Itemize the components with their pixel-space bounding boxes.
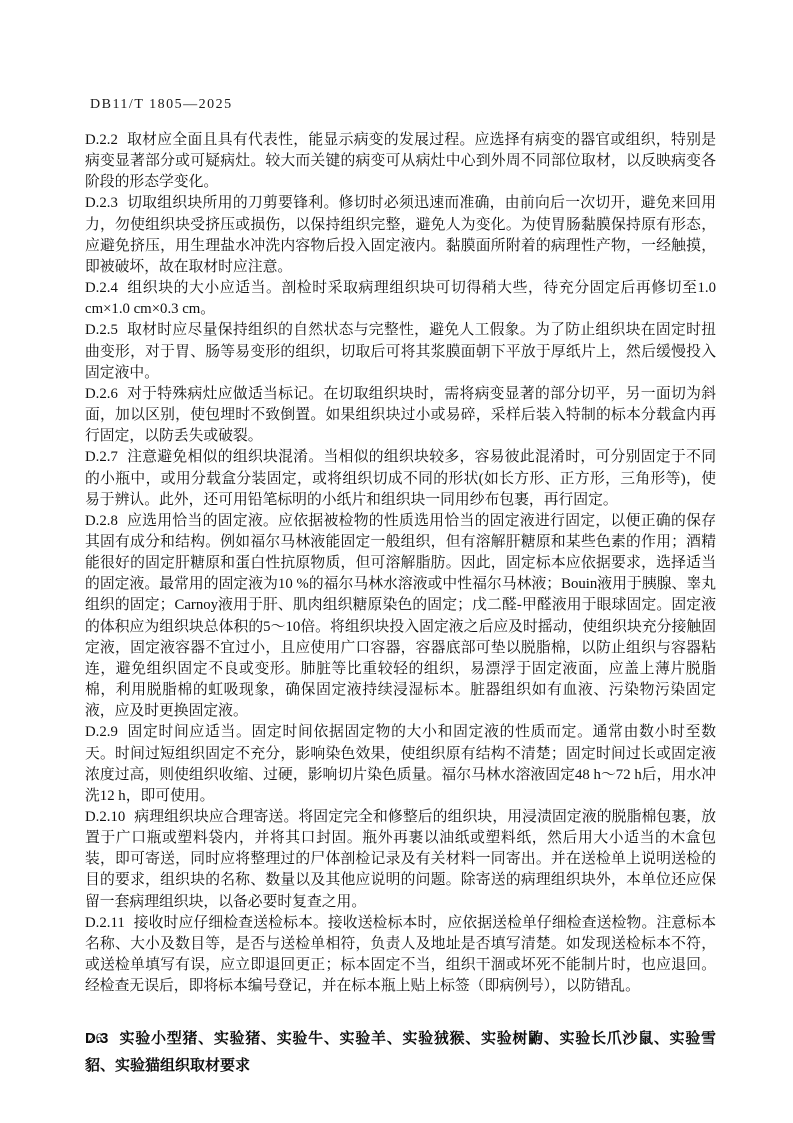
clause-number: D.2.7 bbox=[85, 449, 118, 465]
paragraph-d2-3: D.2.3切取组织块所用的刀剪要锋利。修切时必须迅速而准确，由前向后一次切开，避… bbox=[85, 193, 716, 278]
clause-text: 应选用恰当的固定液。应依据被检物的性质选用恰当的固定液进行固定，以便正确的保存其… bbox=[85, 513, 716, 719]
paragraph-d2-6: D.2.6对于特殊病灶应做适当标记。在切取组织块时，需将病变显著的部分切平，另一… bbox=[85, 384, 716, 447]
clause-text: 固定时间应适当。固定时间依据固定物的大小和固定液的性质而定。通常由数小时至数天。… bbox=[85, 724, 716, 803]
paragraph-d2-9: D.2.9固定时间应适当。固定时间依据固定物的大小和固定液的性质而定。通常由数小… bbox=[85, 722, 716, 807]
paragraph-d2-8: D.2.8应选用恰当的固定液。应依据被检物的性质选用恰当的固定液进行固定，以便正… bbox=[85, 511, 716, 723]
clause-text: 组织块的大小应适当。剖检时采取病理组织块可切得稍大些，待充分固定后再修切至1.0… bbox=[85, 280, 716, 317]
standard-number-header: DB11/T 1805—2025 bbox=[90, 97, 233, 113]
clause-number: D.2.4 bbox=[85, 280, 118, 296]
clause-number: D.2.11 bbox=[85, 915, 125, 931]
paragraph-d2-10: D.2.10病理组织块应合理寄送。将固定完全和修整后的组织块，用浸渍固定液的脱脂… bbox=[85, 807, 716, 913]
paragraph-d2-11: D.2.11接收时应仔细检查送检标本。接收送检标本时，应依据送检单仔细检查送检物… bbox=[85, 913, 716, 998]
clause-number: D.2.9 bbox=[85, 724, 118, 740]
document-page: DB11/T 1805—2025 D.2.2取材应全面且具有代表性，能显示病变的… bbox=[0, 0, 793, 1123]
clause-text: 病理组织块应合理寄送。将固定完全和修整后的组织块，用浸渍固定液的脱脂棉包裹，放置… bbox=[85, 809, 716, 910]
clause-number: D.2.6 bbox=[85, 386, 118, 402]
clause-number: D.2.10 bbox=[85, 809, 125, 825]
clause-text: 取材时应尽量保持组织的自然状态与完整性，避免人工假象。为了防止组织块在固定时扭曲… bbox=[85, 322, 716, 380]
paragraph-d2-5: D.2.5取材时应尽量保持组织的自然状态与完整性，避免人工假象。为了防止组织块在… bbox=[85, 320, 716, 383]
clause-number: D.2.5 bbox=[85, 322, 118, 338]
clause-number: D.2.8 bbox=[85, 513, 118, 529]
clause-text: 接收时应仔细检查送检标本。接收送检标本时，应依据送检单仔细检查送检物。注意标本名… bbox=[85, 915, 716, 994]
clause-text: 取材应全面且具有代表性，能显示病变的发展过程。应选择有病变的器官或组织，特别是病… bbox=[85, 132, 716, 190]
clause-number: D.2.2 bbox=[85, 132, 118, 148]
section-heading-d3: D.3实验小型猪、实验猪、实验牛、实验羊、实验狨猴、实验树鼩、实验长爪沙鼠、实验… bbox=[85, 1025, 716, 1079]
document-body: D.2.2取材应全面且具有代表性，能显示病变的发展过程。应选择有病变的器官或组织… bbox=[85, 130, 716, 1079]
clause-text: 切取组织块所用的刀剪要锋利。修切时必须迅速而准确，由前向后一次切开，避免来回用力… bbox=[85, 195, 716, 274]
paragraph-d2-4: D.2.4组织块的大小应适当。剖检时采取病理组织块可切得稍大些，待充分固定后再修… bbox=[85, 278, 716, 320]
clause-number: D.2.3 bbox=[85, 195, 118, 211]
page-number: 26 bbox=[88, 1031, 104, 1046]
paragraph-d2-2: D.2.2取材应全面且具有代表性，能显示病变的发展过程。应选择有病变的器官或组织… bbox=[85, 130, 716, 193]
clause-text: 对于特殊病灶应做适当标记。在切取组织块时，需将病变显著的部分切平，另一面切为斜面… bbox=[85, 386, 716, 444]
section-title-text: 实验小型猪、实验猪、实验牛、实验羊、实验狨猴、实验树鼩、实验长爪沙鼠、实验雪貂、… bbox=[85, 1030, 716, 1074]
paragraph-d2-7: D.2.7注意避免相似的组织块混淆。当相似的组织块较多，容易彼此混淆时，可分别固… bbox=[85, 447, 716, 510]
clause-text: 注意避免相似的组织块混淆。当相似的组织块较多，容易彼此混淆时，可分别固定于不同的… bbox=[85, 449, 716, 507]
